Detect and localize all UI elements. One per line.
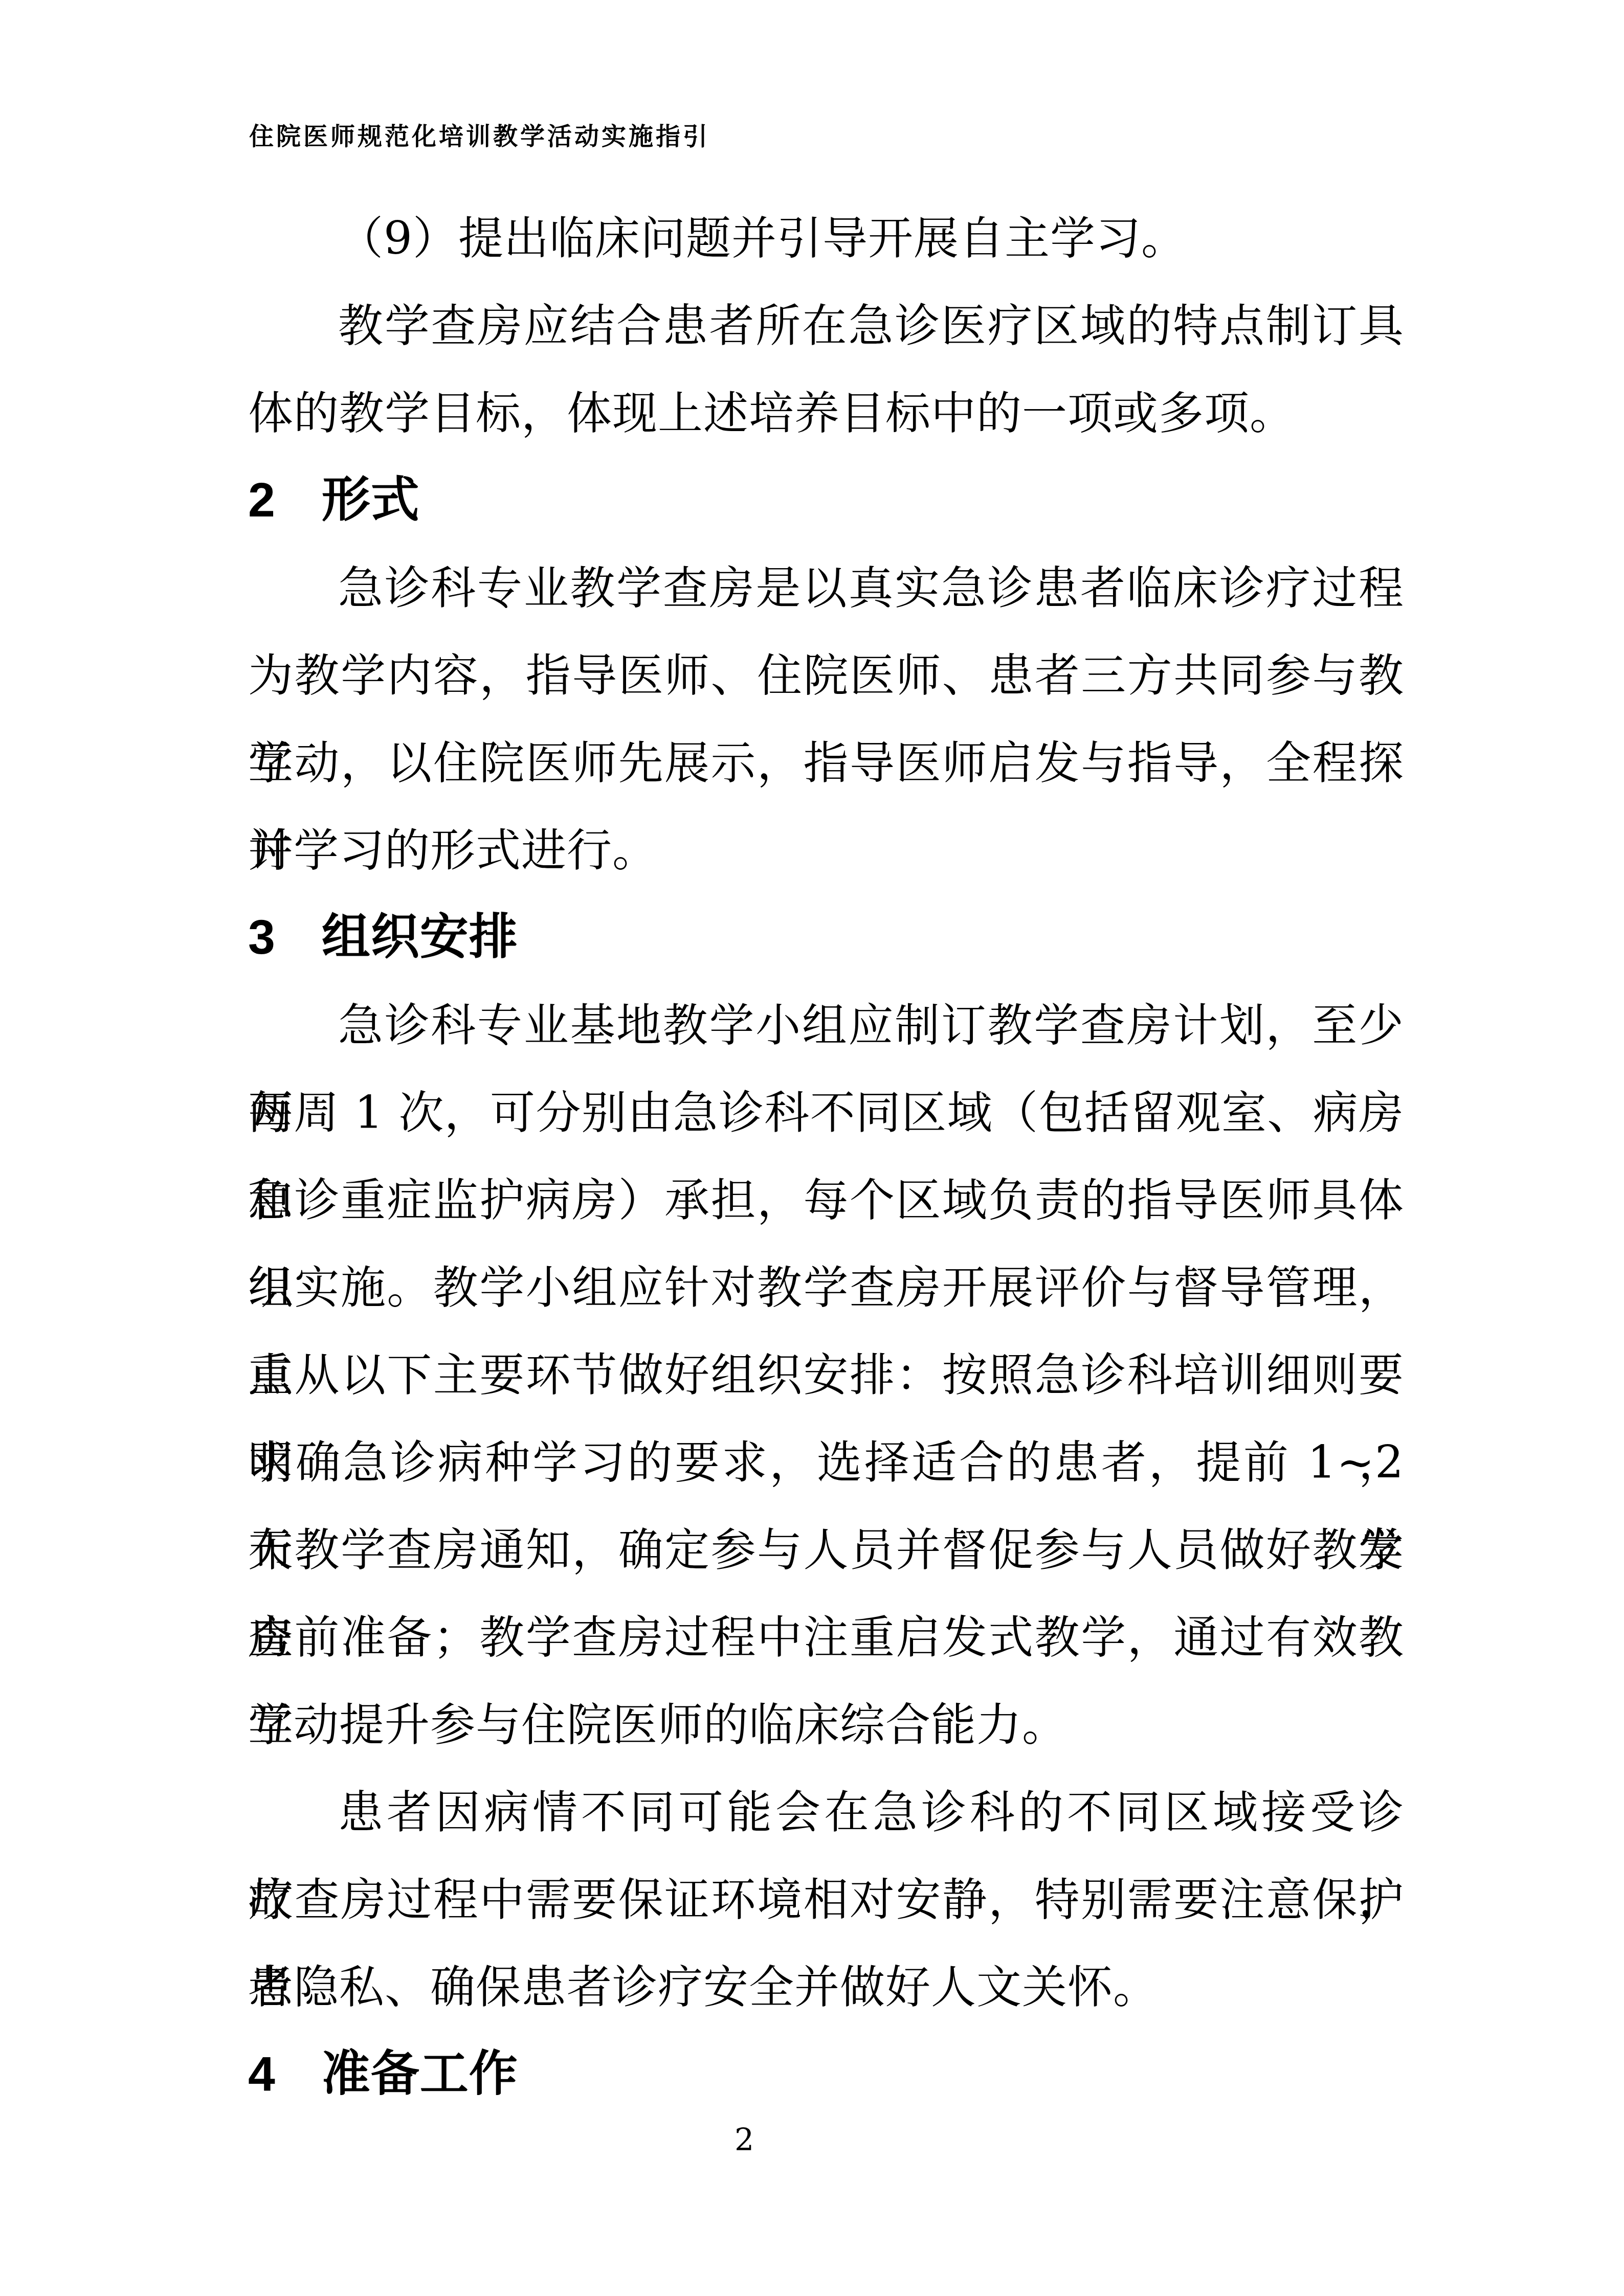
document-page: 住院医师规范化培训教学活动实施指引 （9）提出临床问题并引导开展自主学习。教学查… <box>0 0 1624 2296</box>
running-header: 住院医师规范化培训教学活动实施指引 <box>249 117 710 152</box>
text-line: 房前准备；教学查房过程中注重启发式教学，通过有效教学 <box>248 1593 1404 1681</box>
page-number: 2 <box>0 2122 1488 2158</box>
text-line: 患者因病情不同可能会在急诊科的不同区域接受诊疗， <box>248 1768 1404 1856</box>
text-line: 互动提升参与住院医师的临床综合能力。 <box>248 1681 1404 1768</box>
text-line: 点从以下主要环节做好组织安排：按照急诊科培训细则要求， <box>248 1331 1404 1419</box>
text-line: 急诊重症监护病房）承担，每个区域负责的指导医师具体组 <box>248 1156 1404 1244</box>
text-line: 教学查房应结合患者所在急诊医疗区域的特点制订具 <box>248 282 1404 369</box>
section-number: 3 <box>248 910 276 964</box>
section-title: 组织安排 <box>322 910 518 964</box>
section-number: 4 <box>248 2047 276 2101</box>
text-line: 者隐私、确保患者诊疗安全并做好人文关怀。 <box>248 1943 1404 2031</box>
text-line: 急诊科专业基地教学小组应制订教学查房计划，至少每 <box>248 981 1404 1069</box>
text-line: （9）提出临床问题并引导开展自主学习。 <box>248 194 1404 282</box>
text-line: 为教学内容，指导医师、住院医师、患者三方共同参与教学 <box>248 632 1404 719</box>
text-line: 布教学查房通知，确定参与人员并督促参与人员做好教学查 <box>248 1506 1404 1593</box>
section-title: 形式 <box>322 473 420 527</box>
text-line: 故查房过程中需要保证环境相对安静，特别需要注意保护患 <box>248 1856 1404 1943</box>
section-title: 准备工作 <box>322 2047 518 2101</box>
text-line: 体的教学目标，体现上述培养目标中的一项或多项。 <box>248 369 1404 457</box>
text-line: 明确急诊病种学习的要求，选择适合的患者，提前 1~2 天发 <box>248 1419 1404 1506</box>
document-body: （9）提出临床问题并引导开展自主学习。教学查房应结合患者所在急诊医疗区域的特点制… <box>248 194 1404 2118</box>
section-heading: 3组织安排 <box>248 894 1404 981</box>
text-line: 两周 1 次，可分别由急诊科不同区域（包括留观室、病房和 <box>248 1069 1404 1156</box>
section-heading: 2形式 <box>248 457 1404 544</box>
text-line: 织实施。教学小组应针对教学查房开展评价与督导管理，重 <box>248 1244 1404 1331</box>
text-line: 急诊科专业教学查房是以真实急诊患者临床诊疗过程 <box>248 544 1404 632</box>
text-line: 互动，以住院医师先展示，指导医师启发与指导，全程探讨 <box>248 719 1404 806</box>
section-heading: 4准备工作 <box>248 2031 1404 2118</box>
text-line: 并学习的形式进行。 <box>248 806 1404 894</box>
section-number: 2 <box>248 473 276 527</box>
